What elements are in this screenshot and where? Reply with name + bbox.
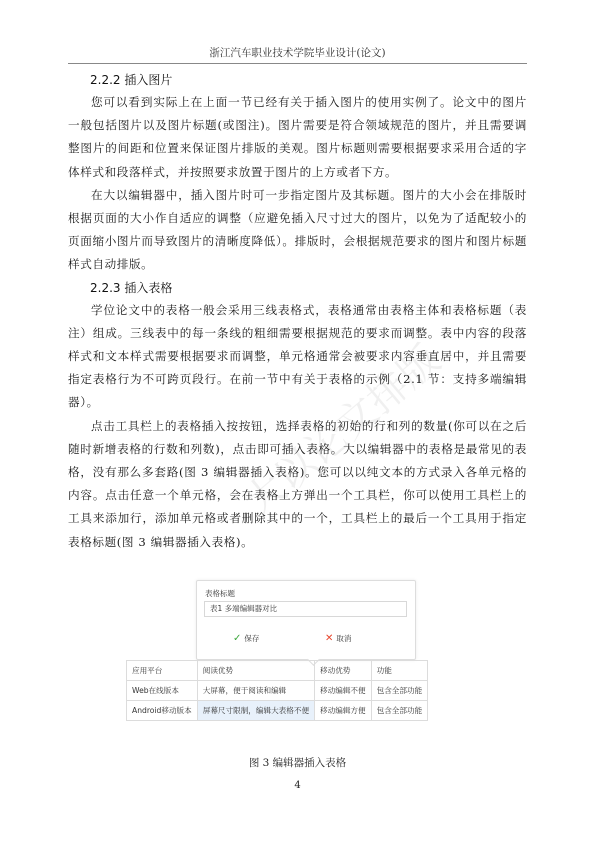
paragraph: 学位论文中的表格一般会采用三线表格式，表格通常由表格主体和表格标题（表注）组成。… [68,299,527,415]
table-cell[interactable]: 阅读优势 [197,661,314,681]
table-cell[interactable]: Web在线版本 [127,681,198,701]
table-row: Web在线版本 大屏幕，便于阅读和编辑 移动编辑不便 包含全部功能 [127,681,428,701]
table-row: 应用平台 阅读优势 移动优势 功能 [127,661,428,681]
table-cell[interactable]: 移动编辑不便 [315,681,372,701]
figure-caption: 图 3 编辑器插入表格 [0,755,595,770]
save-button[interactable]: ✓ 保存 [233,633,259,644]
table-cell[interactable]: 包含全部功能 [371,701,428,721]
x-icon: ✕ [325,633,333,644]
comparison-table: 应用平台 阅读优势 移动优势 功能 Web在线版本 大屏幕，便于阅读和编辑 移动… [126,660,428,721]
table-cell[interactable]: 移动编辑方便 [315,701,372,721]
section-heading: 2.2.2 插入图片 [90,69,527,91]
popup-title: 表格标题 [205,588,235,599]
table-title-popup: 表格标题 表1 多端编辑器对比 ✓ 保存 ✕ 取消 [196,580,416,660]
table-cell[interactable]: 应用平台 [127,661,198,681]
check-icon: ✓ [233,633,241,644]
cancel-button[interactable]: ✕ 取消 [325,633,351,644]
table-row: Android移动版本 屏幕尺寸限制，编辑大表格不便 移动编辑方便 包含全部功能 [127,701,428,721]
header-rule [68,63,527,64]
editor-figure: 表格标题 表1 多端编辑器对比 ✓ 保存 ✕ 取消 应用平台 阅读优势 移动优势… [126,580,488,730]
table-cell[interactable]: 大屏幕，便于阅读和编辑 [197,681,314,701]
paragraph: 在大以编辑器中，插入图片时可一步指定图片及其标题。图片的大小会在排版时根据页面的… [68,184,527,277]
table-cell[interactable]: Android移动版本 [127,701,198,721]
table-title-input[interactable]: 表1 多端编辑器对比 [204,601,407,617]
table-cell[interactable]: 功能 [371,661,428,681]
section-heading: 2.2.3 插入表格 [90,277,527,299]
table-cell[interactable]: 移动优势 [315,661,372,681]
paragraph: 您可以看到实际上在上面一节已经有关于插入图片的使用实例了。论文中的图片一般包括图… [68,91,527,184]
cancel-label: 取消 [336,633,351,644]
table-cell[interactable]: 包含全部功能 [371,681,428,701]
save-label: 保存 [244,633,259,644]
page-header: 浙江汽车职业技术学院毕业设计(论文) [68,46,527,60]
paragraph: 点击工具栏上的表格插入按按钮，选择表格的初始的行和列的数量(你可以在之后随时新增… [68,415,527,554]
document-body: 2.2.2 插入图片 您可以看到实际上在上面一节已经有关于插入图片的使用实例了。… [68,69,527,554]
page-number: 4 [0,780,595,791]
selected-table-cell[interactable]: 屏幕尺寸限制，编辑大表格不便 [197,701,314,721]
